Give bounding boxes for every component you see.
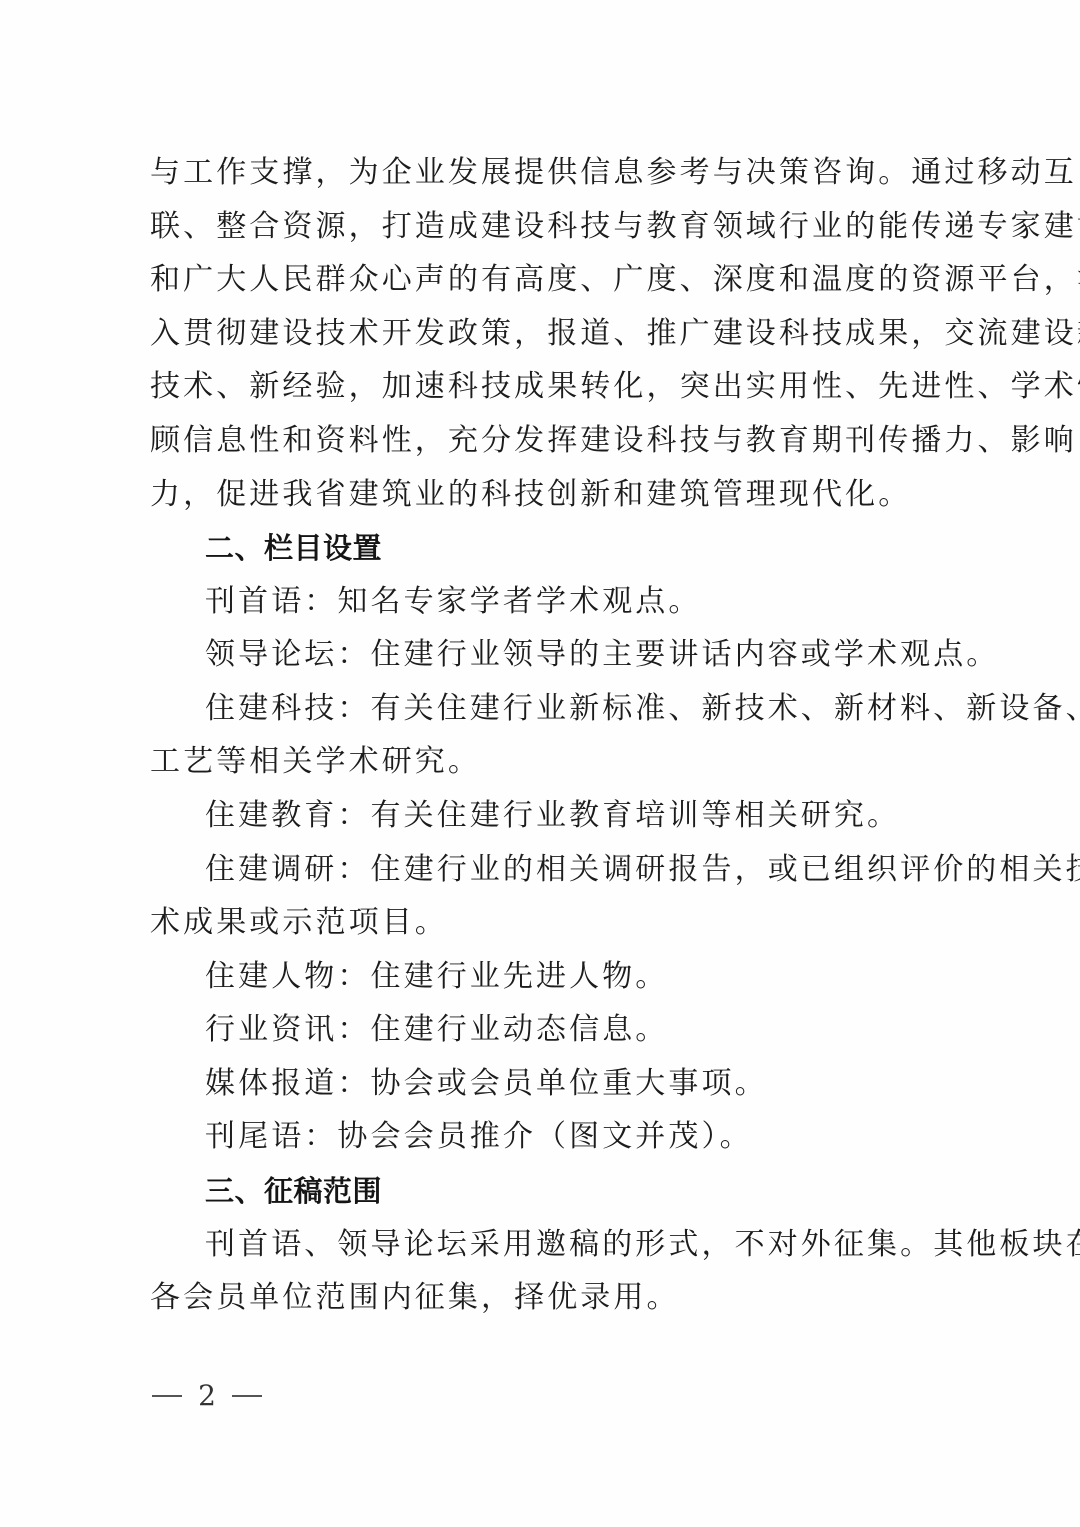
- column-item-construction-tech-cont: 工艺等相关学术研究。: [150, 742, 950, 782]
- dash-right-decoration: [232, 1395, 262, 1397]
- paragraph-line: 技术、新经验，加速科技成果转化，突出实用性、先进性、学术性兼: [150, 367, 950, 407]
- section-heading-submission-scope: 三、征稿范围: [205, 1171, 382, 1211]
- page-number: 2: [182, 1378, 232, 1414]
- column-item-leader-forum: 领导论坛：住建行业领导的主要讲话内容或学术观点。: [205, 635, 1005, 675]
- dash-left-decoration: [152, 1395, 182, 1397]
- column-item-media-reports: 媒体报道：协会或会员单位重大事项。: [205, 1064, 1005, 1104]
- column-item-construction-people: 住建人物：住建行业先进人物。: [205, 957, 1005, 997]
- paragraph-line: 与工作支撑，为企业发展提供信息参考与决策咨询。通过移动互: [150, 153, 950, 193]
- paragraph-line: 入贯彻建设技术开发政策，报道、推广建设科技成果，交流建设新: [150, 314, 950, 354]
- document-page: 与工作支撑，为企业发展提供信息参考与决策咨询。通过移动互 联、整合资源，打造成建…: [0, 0, 1080, 1527]
- paragraph-line: 顾信息性和资料性，充分发挥建设科技与教育期刊传播力、影响: [150, 421, 950, 461]
- column-item-construction-tech: 住建科技：有关住建行业新标准、新技术、新材料、新设备、新: [205, 689, 1005, 729]
- column-item-construction-research-cont: 术成果或示范项目。: [150, 903, 950, 943]
- column-item-construction-education: 住建教育：有关住建行业教育培训等相关研究。: [205, 796, 1005, 836]
- paragraph-line: 联、整合资源，打造成建设科技与教育领域行业的能传递专家建议: [150, 207, 950, 247]
- paragraph-line: 力，促进我省建筑业的科技创新和建筑管理现代化。: [150, 475, 950, 515]
- paragraph-line: 和广大人民群众心声的有高度、广度、深度和温度的资源平台，深: [150, 260, 950, 300]
- column-item-industry-news: 行业资讯：住建行业动态信息。: [205, 1010, 1005, 1050]
- page-footer: 2: [152, 1378, 262, 1414]
- submission-scope-line: 刊首语、领导论坛采用邀稿的形式，不对外征集。其他板块在: [205, 1225, 1005, 1265]
- column-item-kanweiyu: 刊尾语：协会会员推介（图文并茂）。: [205, 1117, 1005, 1157]
- column-item-construction-research: 住建调研：住建行业的相关调研报告，或已组织评价的相关技: [205, 850, 1005, 890]
- submission-scope-line-cont: 各会员单位范围内征集，择优录用。: [150, 1278, 950, 1318]
- column-item-kanshouyu: 刊首语：知名专家学者学术观点。: [205, 582, 1005, 622]
- section-heading-column-settings: 二、栏目设置: [205, 528, 382, 568]
